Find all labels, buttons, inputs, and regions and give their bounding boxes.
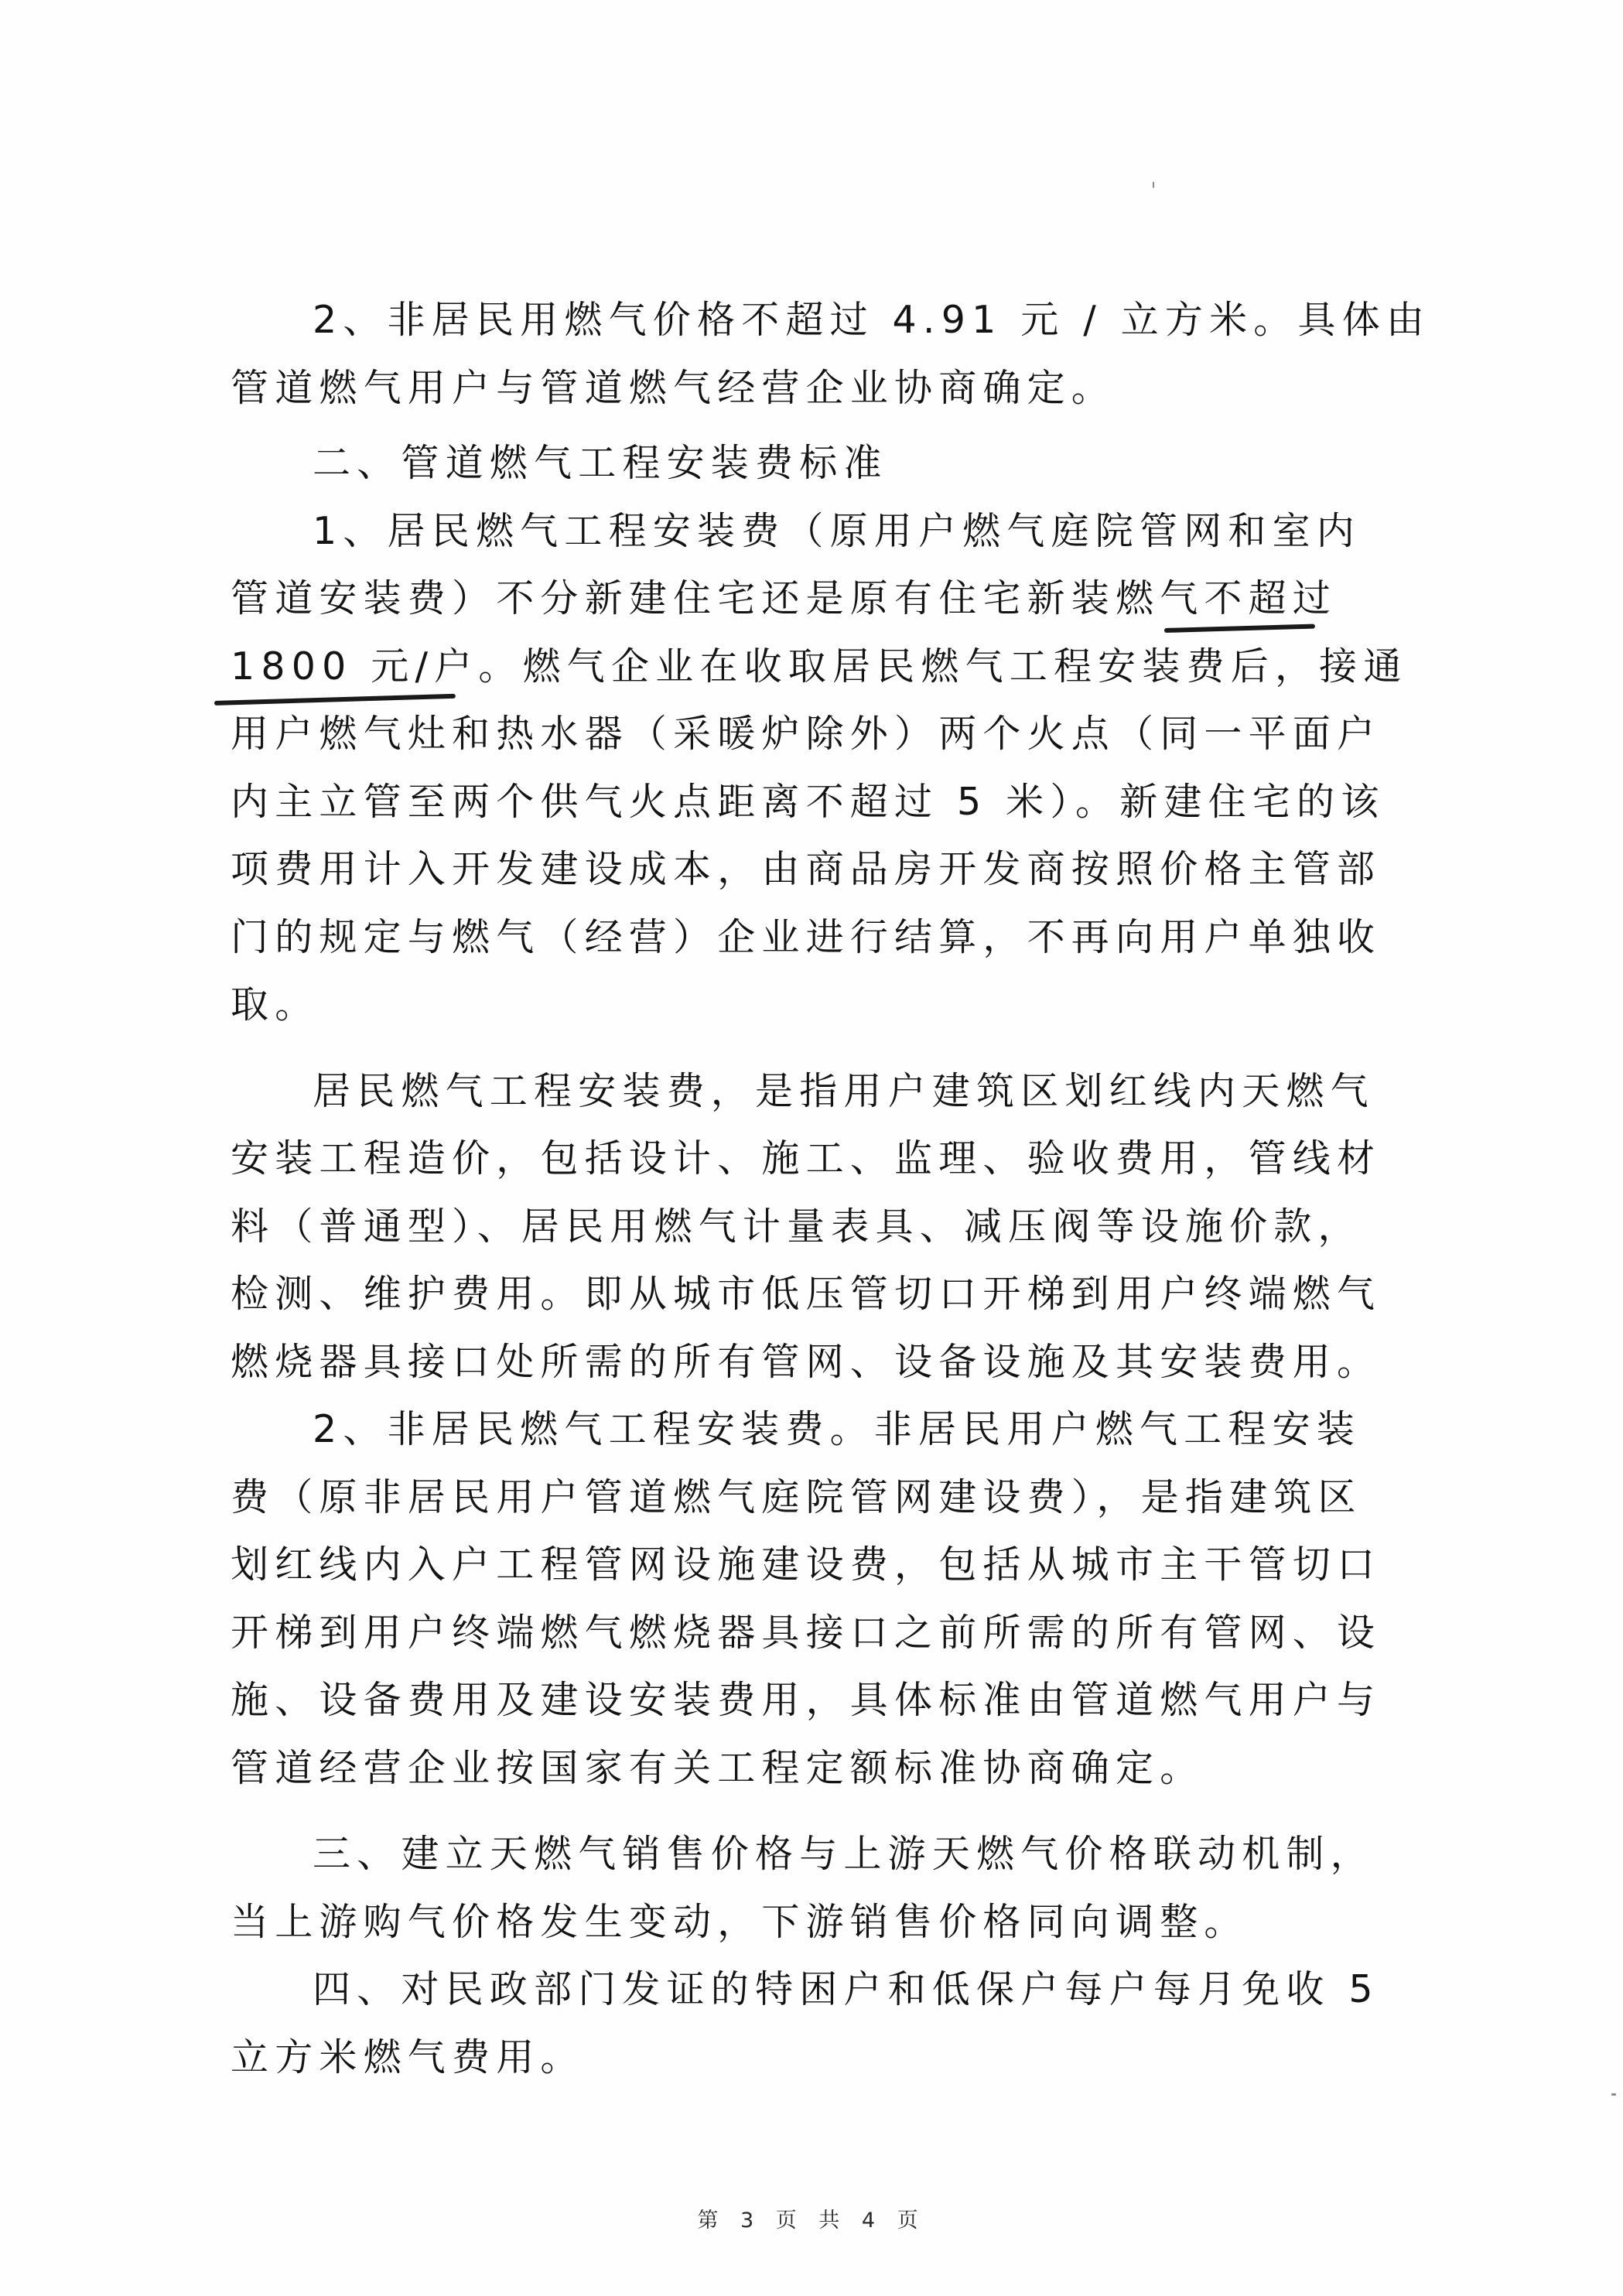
text-line: 用户燃气灶和热水器（采暖炉除外）两个火点（同一平面户: [231, 700, 1317, 768]
text-line: 燃烧器具接口处所需的所有管网、设备设施及其安装费用。: [231, 1328, 1317, 1396]
page-number-footer: 第 3 页 共 4 页: [0, 2203, 1623, 2233]
text-line: 2、非居民燃气工程安装费。非居民用户燃气工程安装: [231, 1396, 1317, 1464]
text-line: 三、建立天燃气销售价格与上游天燃气价格联动机制，: [231, 1820, 1317, 1888]
scan-speck: [1611, 2093, 1616, 2096]
text-line: 项费用计入开发建设成本，由商品房开发商按照价格主管部: [231, 835, 1317, 904]
text-line: 2、非居民用燃气价格不超过 4.91 元 / 立方米。具体由: [231, 286, 1317, 354]
text-line: 费（原非居民用户管道燃气庭院管网建设费），是指建筑区: [231, 1464, 1317, 1532]
document-body: 2、非居民用燃气价格不超过 4.91 元 / 立方米。具体由 管道燃气用户与管道…: [231, 286, 1317, 2091]
text-line: 1、居民燃气工程安装费（原用户燃气庭院管网和室内: [231, 497, 1317, 565]
text-line: 内主立管至两个供气火点距离不超过 5 米）。新建住宅的该: [231, 768, 1317, 836]
section-heading: 二、管道燃气工程安装费标准: [231, 429, 1317, 497]
text-line: 居民燃气工程安装费，是指用户建筑区划红线内天燃气: [231, 1057, 1317, 1126]
text-line: 检测、维护费用。即从城市低压管切口开梯到用户终端燃气: [231, 1260, 1317, 1328]
text-line: 安装工程造价，包括设计、施工、监理、验收费用，管线材: [231, 1125, 1317, 1193]
text-line: 门的规定与燃气（经营）企业进行结算，不再向用户单独收: [231, 904, 1317, 972]
text-line: 1800 元/户。燃气企业在收取居民燃气工程安装费后，接通: [231, 633, 1317, 701]
text-line: 立方米燃气费用。: [231, 2024, 1317, 2092]
text-line: 施、设备费用及建设安装费用，具体标准由管道燃气用户与: [231, 1666, 1317, 1734]
text-line: 管道经营企业按国家有关工程定额标准协商确定。: [231, 1734, 1317, 1802]
text-line: 划红线内入户工程管网设施建设费，包括从城市主干管切口: [231, 1531, 1317, 1599]
text-line: 当上游购气价格发生变动，下游销售价格同向调整。: [231, 1888, 1317, 1956]
text-line: 开梯到用户终端燃气燃烧器具接口之前所需的所有管网、设: [231, 1599, 1317, 1667]
text-line: 料（普通型）、居民用燃气计量表具、减压阀等设施价款，: [231, 1193, 1317, 1261]
text-line: 管道安装费）不分新建住宅还是原有住宅新装燃气不超过: [231, 565, 1317, 633]
text-line: 四、对民政部门发证的特困户和低保户每户每月免收 5: [231, 1956, 1317, 2024]
scan-speck: [1153, 182, 1154, 188]
document-page: 2、非居民用燃气价格不超过 4.91 元 / 立方米。具体由 管道燃气用户与管道…: [0, 0, 1623, 2296]
text-line: 管道燃气用户与管道燃气经营企业协商确定。: [231, 354, 1317, 422]
text-line: 取。: [231, 971, 1317, 1039]
